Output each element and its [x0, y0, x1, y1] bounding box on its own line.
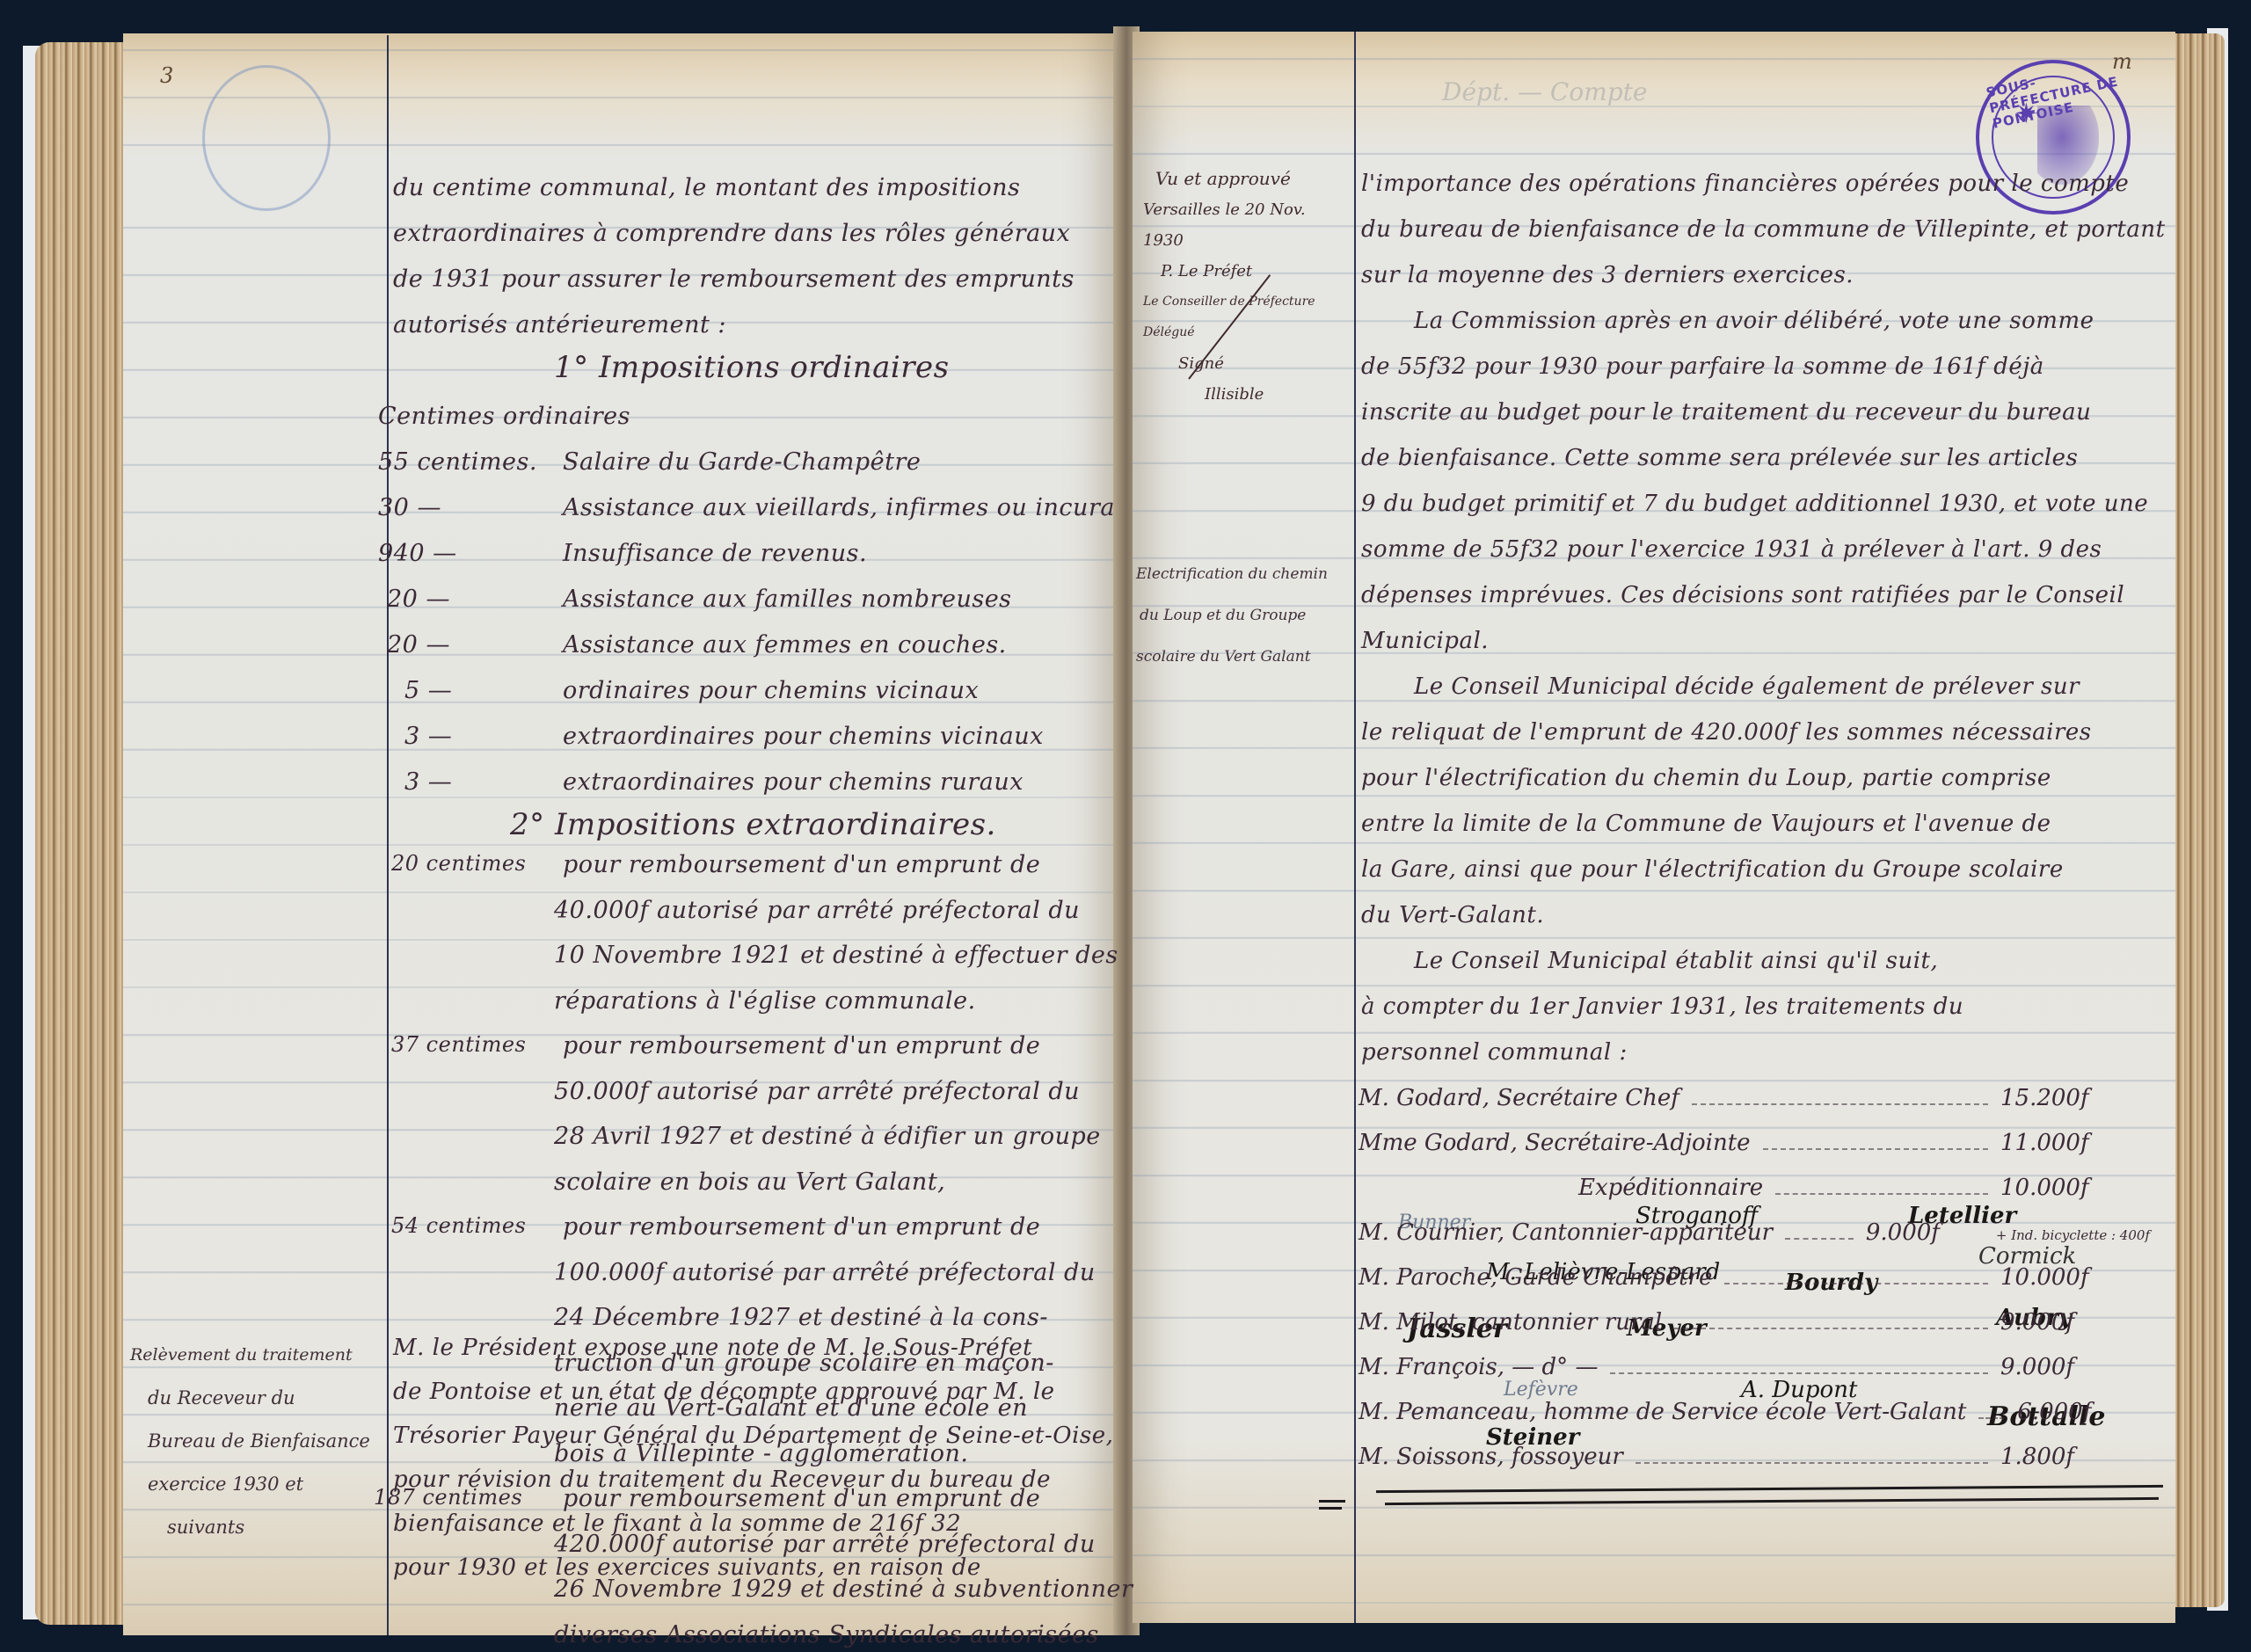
ordinary-label: Assistance aux vieillards, infirmes ou i…	[563, 494, 1166, 521]
extra-amount: 20 centimes	[391, 851, 526, 876]
salary-person: M. François, — d° —	[1359, 1354, 1598, 1380]
leader-dashes	[1978, 1417, 2005, 1419]
approval-line: P. Le Préfet	[1161, 256, 1345, 287]
leader-dashes	[1763, 1148, 1988, 1150]
body-line: 9 du budget primitif et 7 du budget addi…	[1361, 491, 2148, 517]
salary-amount: 15.200f	[2000, 1085, 2150, 1111]
folio-mark: 3	[160, 63, 173, 88]
body-line: bienfaisance et le fixant à la somme de …	[393, 1510, 961, 1537]
faint-stamp-bleedthrough	[202, 65, 331, 211]
body-line: dépenses imprévues. Ces décisions sont r…	[1361, 582, 2124, 608]
body-line: pour l'électrification du chemin du Loup…	[1361, 765, 2051, 791]
salary-row: M. Paroche, Garde Champêtre10.000f	[1359, 1264, 2150, 1292]
body-line: autorisés antérieurement :	[393, 311, 726, 338]
extra-line: pour remboursement d'un emprunt de	[563, 851, 1040, 878]
leader-dashes	[1674, 1328, 1988, 1329]
ordinary-amount: 5 —	[404, 677, 452, 704]
ordinary-label: extraordinaires pour chemins ruraux	[563, 768, 1024, 796]
body-line: somme de 55f32 pour l'exercice 1931 à pr…	[1361, 536, 2102, 563]
salary-row: Expéditionnaire10.000f	[1359, 1175, 2150, 1202]
margin-note-line: Relèvement du traitement	[130, 1335, 353, 1376]
signature: Lefèvre	[1504, 1379, 1578, 1401]
salary-row: M. François, — d° —9.000f	[1359, 1354, 2150, 1381]
ordinary-label: Assistance aux familles nombreuses	[563, 586, 1012, 613]
body-line: l'importance des opérations financières …	[1361, 171, 2129, 197]
body-line: inscrite au budget pour le traitement du…	[1361, 399, 2091, 426]
salary-amount: 9.000f	[2000, 1309, 2150, 1335]
extra-line: scolaire en bois au Vert Galant,	[554, 1168, 945, 1196]
extra-line: 10 Novembre 1921 et destiné à effectuer …	[554, 942, 1118, 969]
salary-amount: 1.800f	[2000, 1444, 2150, 1470]
margin-note-electrification: Electrification du chemin du Loup et du …	[1136, 554, 1328, 678]
body-line: de 55f32 pour 1930 pour parfaire la somm…	[1361, 353, 2044, 380]
body-line: à compter du 1er Janvier 1931, les trait…	[1361, 993, 1963, 1020]
body-line: extraordinaires à comprendre dans les rô…	[393, 220, 1070, 247]
corner-mark: m	[2112, 49, 2132, 74]
salary-person: M. Godard, Secrétaire Chef	[1359, 1085, 1679, 1111]
body-line: Trésorier Payeur Général du Département …	[393, 1423, 1113, 1449]
salary-row: M. Milot, cantonnier rural9.000f	[1359, 1309, 2150, 1336]
subheading-centimes: Centimes ordinaires	[378, 403, 630, 430]
leader-dashes	[1775, 1193, 1988, 1195]
extra-line: diverses Associations Syndicales autoris…	[554, 1621, 1099, 1648]
ordinary-amount: 3 —	[404, 723, 452, 750]
leader-dashes	[1785, 1238, 1854, 1240]
ordinary-label: ordinaires pour chemins vicinaux	[563, 677, 979, 704]
leader-dashes	[1724, 1283, 1988, 1284]
extra-amount: 37 centimes	[391, 1032, 526, 1057]
salary-row: M. Pemanceau, homme de Service école Ver…	[1359, 1399, 2150, 1426]
left-page-margin-rule	[387, 35, 389, 1635]
margin-double-rule	[1319, 1500, 1345, 1503]
margin-note-line: Bureau de Bienfaisance	[148, 1421, 370, 1462]
extra-line: 100.000f autorisé par arrêté préfectoral…	[554, 1259, 1096, 1286]
ordinary-label: Salaire du Garde-Champêtre	[563, 448, 921, 476]
approval-line: Vu et approuvé	[1155, 164, 1345, 194]
salary-row: M. Cournier, Cantonnier-appariteur9.000f…	[1359, 1219, 2150, 1247]
ordinary-amount: 3 —	[404, 768, 452, 796]
approval-line: Versailles le 20 Nov. 1930	[1143, 194, 1345, 256]
salary-person: M. Soissons, fossoyeur	[1359, 1444, 1623, 1470]
extra-line: 24 Décembre 1927 et destiné à la cons-	[554, 1304, 1048, 1331]
body-line: sur la moyenne des 3 derniers exercices.	[1361, 262, 1854, 288]
body-line: Municipal.	[1361, 628, 1489, 654]
salary-amount: 11.000f	[2000, 1130, 2150, 1156]
section-heading-ordinary: 1° Impositions ordinaires	[554, 350, 950, 385]
salary-amount: 10.000f	[2000, 1175, 2150, 1201]
salary-person: M. Paroche, Garde Champêtre	[1359, 1264, 1712, 1291]
approval-line: Signé	[1178, 348, 1345, 379]
body-line: de 1931 pour assurer le remboursement de…	[393, 266, 1075, 293]
approval-signature: Illisible	[1205, 379, 1345, 410]
extra-line: 28 Avril 1927 et destiné à édifier un gr…	[554, 1123, 1101, 1150]
salary-row: M. Soissons, fossoyeur1.800f	[1359, 1444, 2150, 1471]
ordinary-label: Insuffisance de revenus.	[563, 540, 867, 567]
body-line: La Commission après en avoir délibéré, v…	[1414, 308, 2094, 334]
salary-person: M. Milot, cantonnier rural	[1359, 1309, 1662, 1335]
star-icon: ✷	[2014, 97, 2038, 130]
margin-note-line: du Receveur du	[148, 1378, 295, 1419]
extra-line: 40.000f autorisé par arrêté préfectoral …	[554, 897, 1080, 924]
salary-person: M. Cournier, Cantonnier-appariteur	[1359, 1219, 1773, 1246]
extra-amount: 54 centimes	[391, 1213, 526, 1238]
salary-person: Expéditionnaire	[1578, 1175, 1763, 1201]
body-line: la Gare, ainsi que pour l'électrificatio…	[1361, 856, 2064, 883]
salary-amount: 10.000f	[2000, 1264, 2150, 1291]
body-line: le reliquat de l'emprunt de 420.000f les…	[1361, 719, 2092, 746]
body-line: Le Conseil Municipal décide également de…	[1414, 673, 2080, 700]
margin-note-line: suivants	[167, 1507, 244, 1548]
body-line: entre la limite de la Commune de Vaujour…	[1361, 811, 2051, 837]
page-stack-left	[35, 42, 123, 1625]
margin-double-rule	[1319, 1507, 1342, 1510]
salary-note: + Ind. bicyclette : 400f	[1996, 1227, 2150, 1243]
body-line: pour 1930 et les exercices suivants, en …	[393, 1554, 981, 1581]
body-line: personnel communal :	[1361, 1039, 1628, 1066]
body-line: du Vert-Galant.	[1361, 902, 1544, 928]
ordinary-amount: 20 —	[387, 631, 450, 659]
leader-dashes	[1635, 1462, 1988, 1464]
body-line: du centime communal, le montant des impo…	[393, 174, 1020, 201]
page-stack-right	[2172, 33, 2225, 1607]
leader-dashes	[1692, 1103, 1988, 1105]
body-line: de bienfaisance. Cette somme sera prélev…	[1361, 445, 2078, 471]
salary-amount: 6.000f	[2017, 1399, 2167, 1425]
extra-line: réparations à l'église communale.	[554, 987, 976, 1015]
ordinary-amount: 30 —	[378, 494, 441, 521]
extra-line: pour remboursement d'un emprunt de	[563, 1032, 1040, 1059]
approval-line: Le Conseiller de Préfecture Délégué	[1143, 287, 1345, 348]
right-page-margin-rule	[1354, 32, 1356, 1623]
salary-amount: 9.000f	[1866, 1219, 2015, 1246]
salary-row: M. Godard, Secrétaire Chef15.200f	[1359, 1085, 2150, 1112]
salary-person: M. Pemanceau, homme de Service école Ver…	[1359, 1399, 1966, 1425]
salary-person: Mme Godard, Secrétaire-Adjointe	[1359, 1130, 1751, 1156]
salary-row: Mme Godard, Secrétaire-Adjointe11.000f	[1359, 1130, 2150, 1157]
extra-line: pour remboursement d'un emprunt de	[563, 1213, 1040, 1241]
body-line: pour révision du traitement du Receveur …	[393, 1466, 1051, 1493]
prefect-approval-note: Vu et approuvé Versailles le 20 Nov. 193…	[1143, 164, 1345, 410]
body-line: Le Conseil Municipal établit ainsi qu'il…	[1414, 948, 1938, 974]
ordinary-label: extraordinaires pour chemins vicinaux	[563, 723, 1044, 750]
ordinary-amount: 940 —	[378, 540, 457, 567]
extra-line: 50.000f autorisé par arrêté préfectoral …	[554, 1078, 1080, 1105]
ordinary-label: Assistance aux femmes en couches.	[563, 631, 1007, 659]
body-line: M. le Président expose une note de M. le…	[393, 1335, 1032, 1361]
body-line: du bureau de bienfaisance de la commune …	[1361, 216, 2166, 243]
ordinary-amount: 20 —	[387, 586, 450, 613]
leader-dashes	[1610, 1372, 1988, 1374]
section-heading-extraordinary: 2° Impositions extraordinaires.	[510, 807, 996, 842]
ink-bleedthrough: Dépt. — Compte	[1442, 77, 1647, 106]
salary-amount: 9.000f	[2000, 1354, 2150, 1380]
body-line: de Pontoise et un état de décompte appro…	[393, 1379, 1055, 1405]
ordinary-amount: 55 centimes.	[378, 448, 537, 476]
margin-note-line: exercice 1930 et	[148, 1464, 303, 1505]
